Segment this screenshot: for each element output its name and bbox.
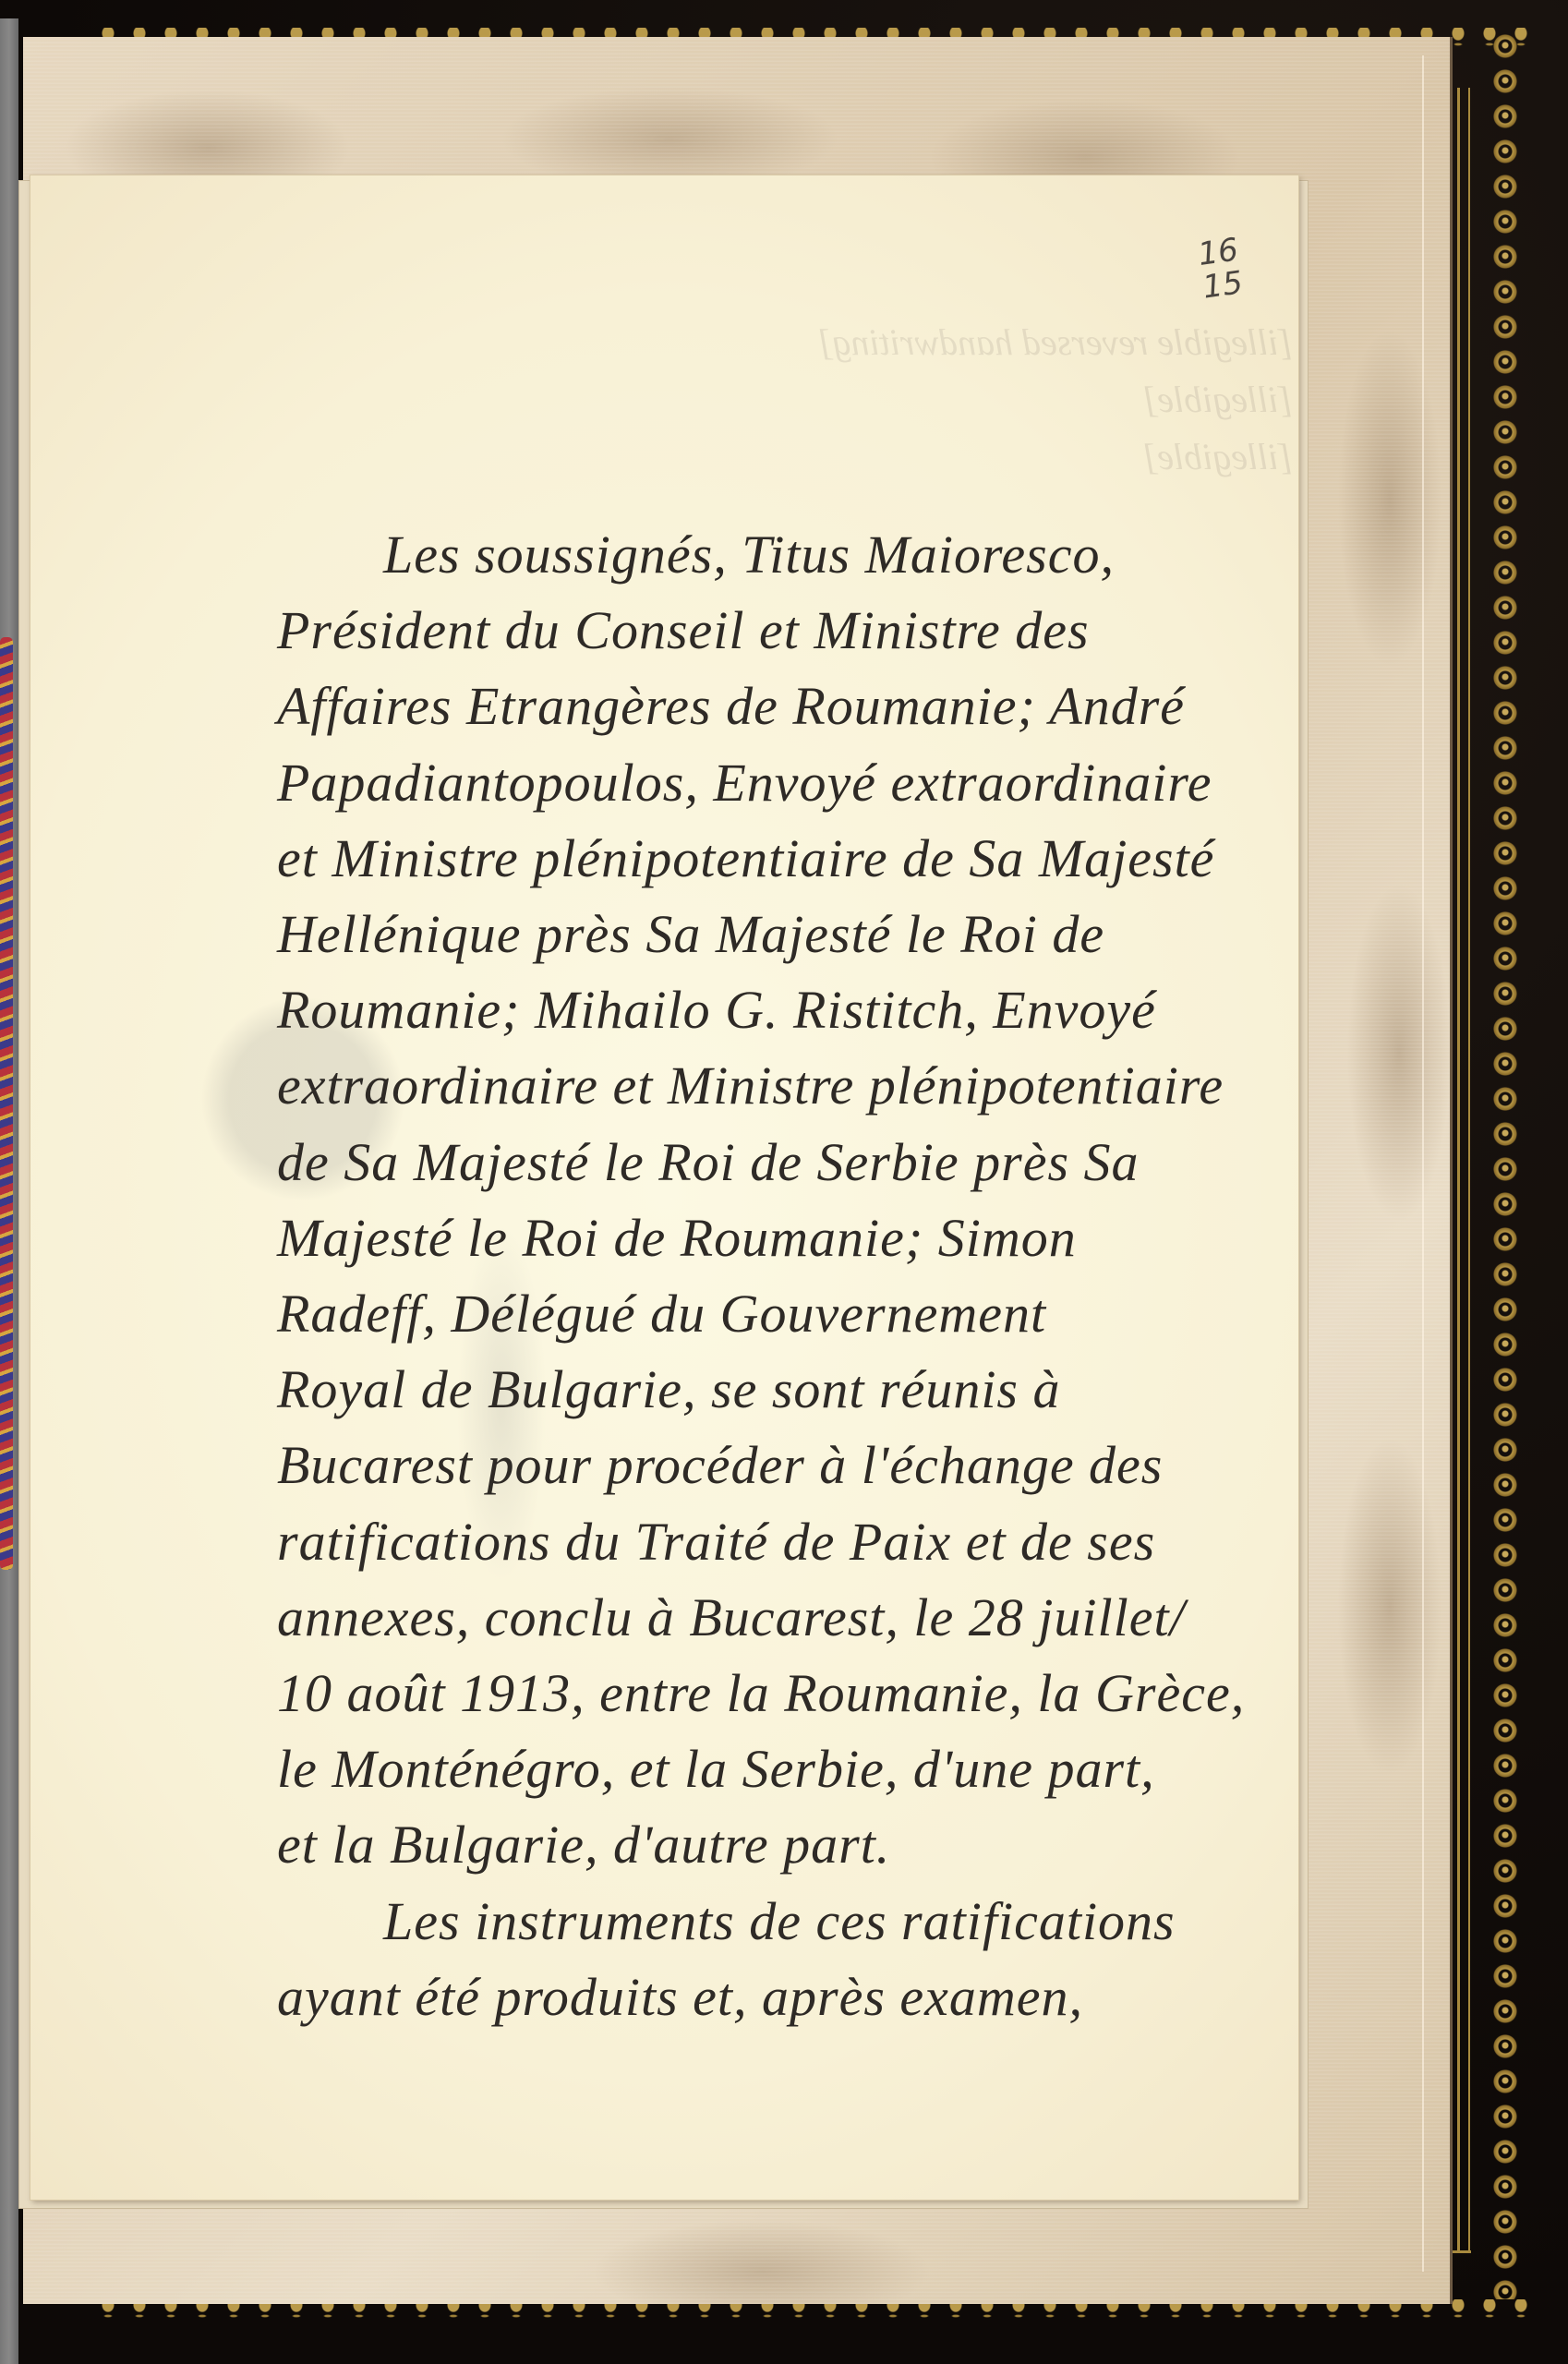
text-line: Majesté le Roi de Roumanie; Simon bbox=[277, 1200, 1279, 1276]
text-line: Radeff, Délégué du Gouvernement bbox=[277, 1276, 1279, 1352]
text-line: Royal de Bulgarie, se sont réunis à bbox=[277, 1352, 1279, 1428]
text-line: Affaires Etrangères de Roumanie; André bbox=[277, 669, 1279, 744]
gold-rule-line bbox=[1468, 88, 1470, 2253]
bleed-through-text: [illegible reversed handwriting] [illegi… bbox=[923, 314, 1293, 486]
text-line: Papadiantopoulos, Envoyé extraordinaire bbox=[277, 745, 1279, 821]
text-line: Bucarest pour procéder à l'échange des bbox=[277, 1428, 1279, 1503]
text-line: et la Bulgarie, d'autre part. bbox=[277, 1807, 1279, 1883]
gold-rule-line bbox=[1457, 88, 1460, 2253]
text-line: et Ministre plénipotentiaire de Sa Majes… bbox=[277, 821, 1279, 897]
text-line: annexes, conclu à Bucarest, le 28 juille… bbox=[277, 1580, 1279, 1656]
text-line: ratifications du Traité de Paix et de se… bbox=[277, 1504, 1279, 1580]
handwritten-body: Les soussignés, Titus Maioresco, Préside… bbox=[277, 517, 1279, 2035]
text-line: Les soussignés, Titus Maioresco, bbox=[277, 517, 1279, 593]
text-line: Hellénique près Sa Majesté le Roi de bbox=[277, 897, 1279, 972]
text-line: extraordinaire et Ministre plénipotentia… bbox=[277, 1048, 1279, 1124]
text-line: ayant été produits et, après examen, bbox=[277, 1960, 1279, 2035]
text-line: Les instruments de ces ratifications bbox=[277, 1884, 1279, 1960]
silk-fold-line bbox=[1422, 55, 1424, 2272]
folio-number-new: 15 bbox=[1200, 266, 1245, 305]
tricolor-cord-icon bbox=[0, 637, 13, 1570]
text-line: de Sa Majesté le Roi de Serbie près Sa bbox=[277, 1125, 1279, 1200]
text-line: Roumanie; Mihailo G. Ristitch, Envoyé bbox=[277, 972, 1279, 1048]
text-line: le Monténégro, et la Serbie, d'une part, bbox=[277, 1731, 1279, 1807]
text-line: 10 août 1913, entre la Roumanie, la Grèc… bbox=[277, 1656, 1279, 1731]
text-line: Président du Conseil et Ministre des bbox=[277, 593, 1279, 669]
gold-tooled-border-right bbox=[1478, 28, 1533, 2299]
